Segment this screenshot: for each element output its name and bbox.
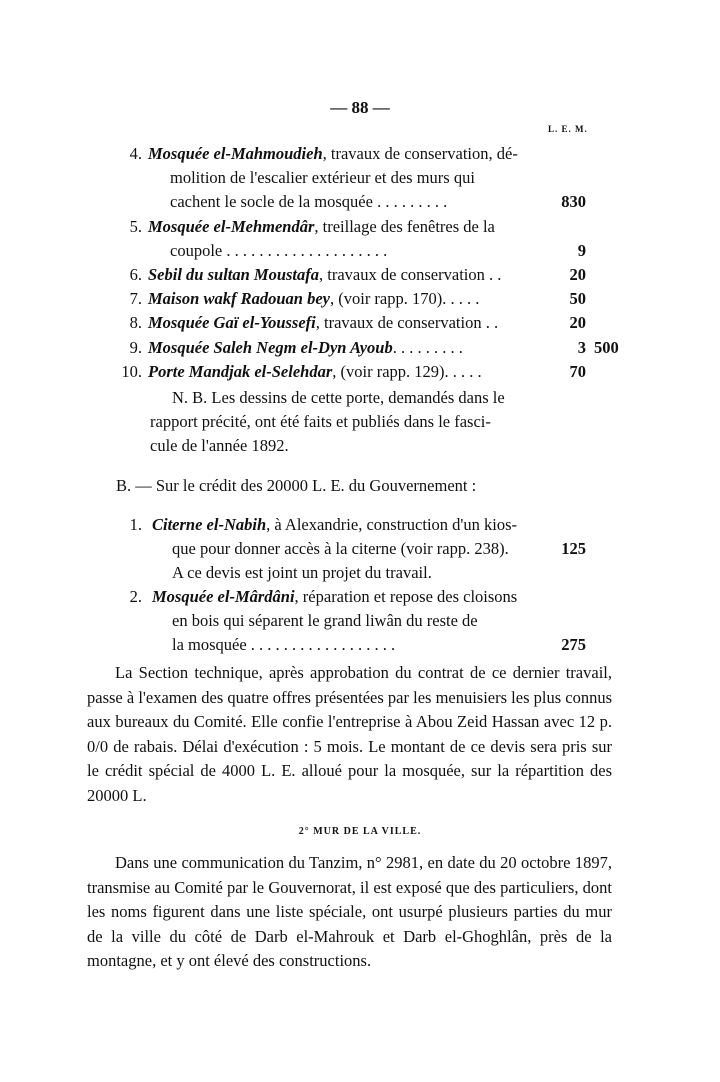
amount-le: 20 [526,311,586,335]
item-title: Porte Mandjak el-Selehdar [148,362,332,381]
amount-le: 9 [526,239,586,263]
item-number: 5. [118,215,142,239]
item-number: 1. [118,513,142,537]
amount-m: 500 [594,336,619,360]
item-title: Sebil du sultan Moustafa [148,265,319,284]
item-text: A ce devis est joint un projet du travai… [172,561,432,585]
amount-le: 125 [526,537,586,561]
paragraph-text: La Section technique, après approbation … [87,663,612,805]
item-text: en bois qui séparent le grand liwân du r… [172,609,478,633]
note-text: cule de l'année 1892. [150,434,289,458]
amount-le: 3 [526,336,586,360]
item-text: , treillage des fenêtres de la [314,217,495,236]
item-title: Mosquée el-Mahmoudieh [148,144,323,163]
item-text: , (voir rapp. 129). . . . . [332,362,481,381]
body-paragraph: Dans une communication du Tanzim, n° 298… [87,851,612,974]
page-number: — 88 — [0,98,720,118]
amount-le: 275 [526,633,586,657]
item-number: 8. [118,311,142,335]
item-text: , travaux de conservation, dé- [323,144,518,163]
amount-le: 830 [526,190,586,214]
item-text: cachent le socle de la mosquée . . . . .… [170,190,447,214]
item-text: , réparation et repose des cloisons [295,587,518,606]
item-number: 4. [118,142,142,166]
item-text: . . . . . . . . . [393,338,463,357]
item-text: molition de l'escalier extérieur et des … [170,166,475,190]
item-title: Mosquée Gaï el-Youssefi [148,313,316,332]
item-number: 9. [118,336,142,360]
item-number: 10. [108,360,142,384]
item-title: Mosquée Saleh Negm el-Dyn Ayoub [148,338,393,357]
item-text: coupole . . . . . . . . . . . . . . . . … [170,239,387,263]
item-title: Citerne el-Nabih [152,515,266,534]
note-text: N. B. Les dessins de cette porte, demand… [172,386,505,410]
amount-le: 70 [526,360,586,384]
item-text: , travaux de conservation . . [319,265,501,284]
column-header: L. E. M. [548,124,588,134]
paragraph-text: Dans une communication du Tanzim, n° 298… [87,853,612,970]
item-text: la mosquée . . . . . . . . . . . . . . .… [172,633,395,657]
item-title: Maison wakf Radouan bey [148,289,330,308]
section-heading: B. — Sur le crédit des 20000 L. E. du Go… [116,474,476,498]
item-number: 2. [118,585,142,609]
amount-le: 50 [526,287,586,311]
section-heading: 2° MUR DE LA VILLE. [0,826,720,837]
item-title: Mosquée el-Mârdâni [152,587,295,606]
body-paragraph: La Section technique, après approbation … [87,661,612,808]
item-title: Mosquée el-Mehmendâr [148,217,314,236]
item-number: 6. [118,263,142,287]
item-text: , à Alexandrie, construction d'un kios- [266,515,517,534]
item-text: , travaux de conservation . . [316,313,498,332]
amount-le: 20 [526,263,586,287]
note-text: rapport précité, ont été faits et publié… [150,410,491,434]
item-text: , (voir rapp. 170). . . . . [330,289,479,308]
item-number: 7. [118,287,142,311]
item-text: que pour donner accès à la citerne (voir… [172,537,509,561]
